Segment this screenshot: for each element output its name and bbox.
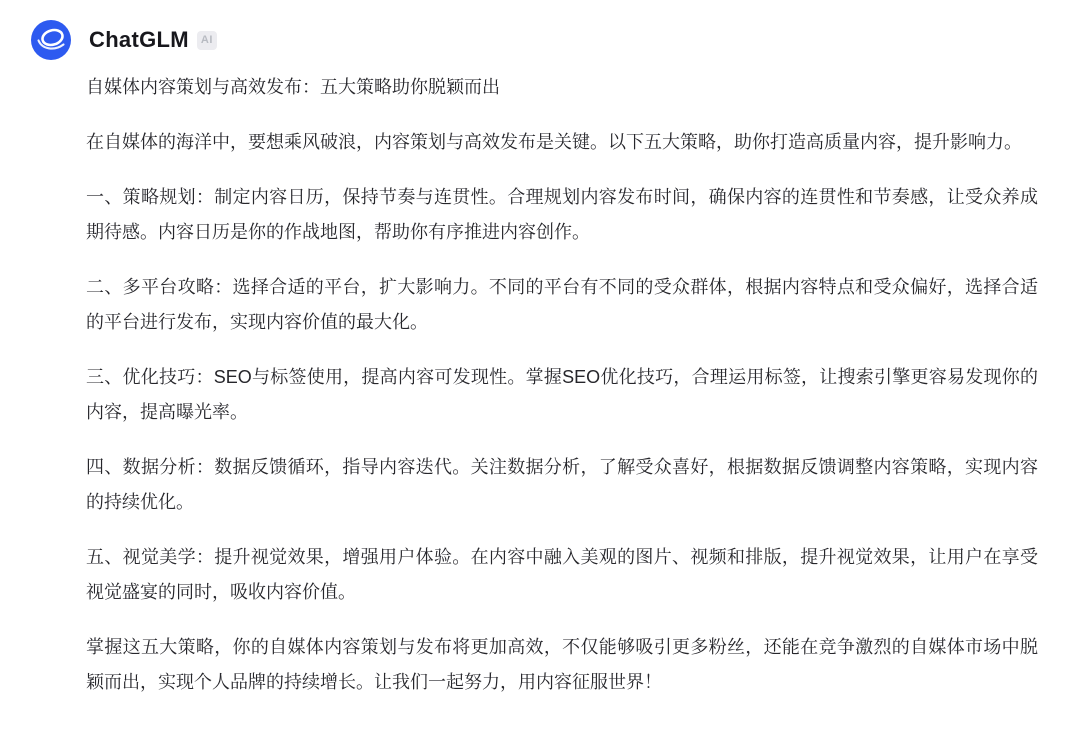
ai-badge: AI [197, 31, 217, 50]
message-paragraph-strategy-2: 二、多平台攻略：选择合适的平台，扩大影响力。不同的平台有不同的受众群体，根据内容… [86, 270, 1038, 340]
message-paragraph-intro: 在自媒体的海洋中，要想乘风破浪，内容策划与高效发布是关键。以下五大策略，助你打造… [86, 125, 1038, 160]
message-paragraph-conclusion: 掌握这五大策略，你的自媒体内容策划与发布将更加高效，不仅能够吸引更多粉丝，还能在… [86, 630, 1038, 700]
message-paragraph-strategy-1: 一、策略规划：制定内容日历，保持节奏与连贯性。合理规划内容发布时间，确保内容的连… [86, 180, 1038, 250]
chat-page: ChatGLM AI 自媒体内容策划与高效发布：五大策略助你脱颖而出 在自媒体的… [0, 0, 1080, 746]
chat-header: ChatGLM AI [0, 0, 1080, 60]
message-paragraph-strategy-3: 三、优化技巧：SEO与标签使用，提高内容可发现性。掌握SEO优化技巧，合理运用标… [86, 360, 1038, 430]
app-name: ChatGLM [89, 20, 189, 60]
message-title-paragraph: 自媒体内容策划与高效发布：五大策略助你脱颖而出 [86, 70, 1038, 105]
message-paragraph-strategy-5: 五、视觉美学：提升视觉效果，增强用户体验。在内容中融入美观的图片、视频和排版，提… [86, 540, 1038, 610]
chatglm-logo-icon [31, 20, 71, 60]
assistant-message: 自媒体内容策划与高效发布：五大策略助你脱颖而出 在自媒体的海洋中，要想乘风破浪，… [86, 70, 1038, 700]
message-paragraph-strategy-4: 四、数据分析：数据反馈循环，指导内容迭代。关注数据分析，了解受众喜好，根据数据反… [86, 450, 1038, 520]
